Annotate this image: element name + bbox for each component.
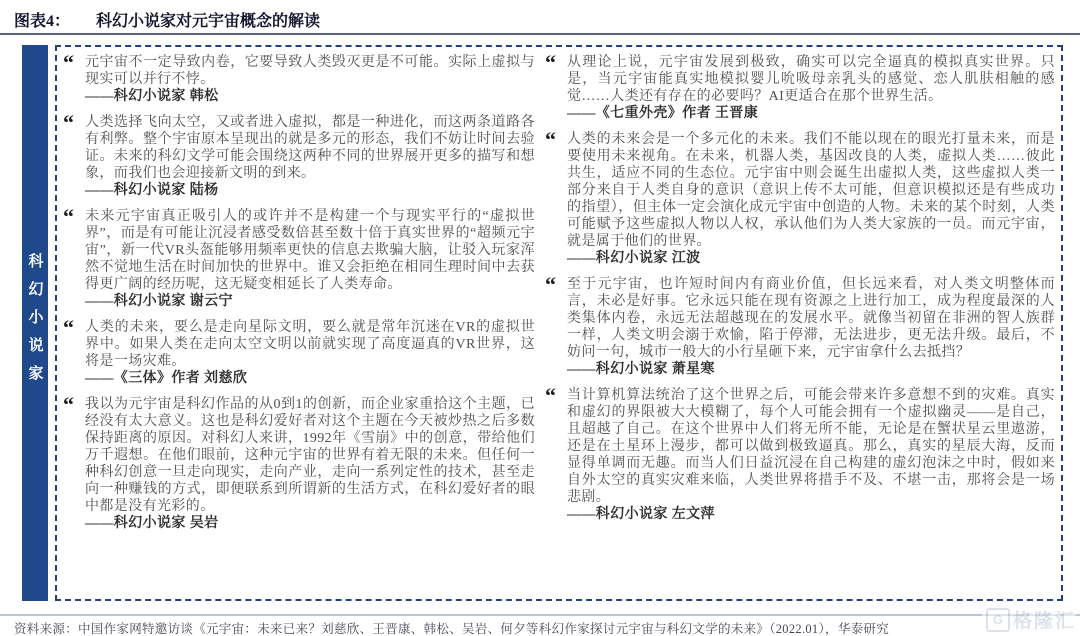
quote-text: 人类的未来，要么是走向星际文明，要么就是常年沉迷在VR的虚拟世界中。如果人类在走… <box>85 319 535 370</box>
quote-text: 元宇宙不一定导致内卷，它要导致人类毁灭更是不可能。实际上虚拟与现实可以并行不悖。 <box>85 54 535 88</box>
category-bar: 科幻小说家 <box>22 45 48 601</box>
figure-label: 图表4： <box>14 13 70 30</box>
figure-name: 科幻小说家对元宇宙概念的解读 <box>96 13 320 30</box>
quote-mark-icon: “ <box>545 54 567 122</box>
watermark-text: 格隆汇 <box>1013 606 1076 633</box>
quote-block-jiangbo: “ 人类的未来会是一个多元化的未来。我们不能以现在的眼光打量未来，而是要使用未来… <box>545 131 1055 267</box>
quote-text: 人类选择飞向太空，又或者进入虚拟，都是一种进化，而这两条道路各有利弊。整个宇宙原… <box>85 114 535 182</box>
quote-mark-icon: “ <box>63 396 85 532</box>
quote-mark-icon: “ <box>545 387 567 523</box>
footer-divider <box>0 614 1080 616</box>
quote-mark-icon: “ <box>63 319 85 387</box>
quote-attribution: ——《七重外壳》作者 王晋康 <box>567 105 1055 122</box>
watermark-logo-icon: G <box>986 608 1010 632</box>
quote-attribution: ——科幻小说家 韩松 <box>85 88 535 105</box>
quote-block-xiaoxinghan: “ 至于元宇宙，也许短时间内有商业价值，但长远来看，对人类文明整体而言，未必是好… <box>545 276 1055 378</box>
quote-attribution: ——科幻小说家 陆杨 <box>85 182 535 199</box>
quote-text: 至于元宇宙，也许短时间内有商业价值，但长远来看，对人类文明整体而言，未必是好事。… <box>567 276 1055 361</box>
quote-block-zuowenping: “ 当计算机算法统治了这个世界之后，可能会带来许多意想不到的灾难。真实和虚幻的界… <box>545 387 1055 523</box>
quote-text: 未来元宇宙真正吸引人的或许并不是构建一个与现实平行的“虚拟世界”，而是有可能让沉… <box>85 208 535 293</box>
quote-attribution: ——《三体》作者 刘慈欣 <box>85 370 535 387</box>
quote-attribution: ——科幻小说家 吴岩 <box>85 515 535 532</box>
quote-block-liucixin: “ 人类的未来，要么是走向星际文明，要么就是常年沉迷在VR的虚拟世界中。如果人类… <box>63 319 535 387</box>
quote-attribution: ——科幻小说家 谢云宁 <box>85 293 535 310</box>
quote-attribution: ——科幻小说家 左文萍 <box>567 506 1055 523</box>
quote-text: 从理论上说，元宇宙发展到极致，确实可以完全逼真的模拟真实世界。只是，当元宇宙能真… <box>567 54 1055 105</box>
quote-text: 我以为元宇宙是科幻作品的从0到1的创新，而企业家重拾这个主题，已经没有太大意义。… <box>85 396 535 515</box>
quote-block-wangjinkang: “ 从理论上说，元宇宙发展到极致，确实可以完全逼真的模拟真实世界。只是，当元宇宙… <box>545 54 1055 122</box>
quote-block-wuyan: “ 我以为元宇宙是科幻作品的从0到1的创新，而企业家重拾这个主题，已经没有太大意… <box>63 396 535 532</box>
quote-mark-icon: “ <box>545 131 567 267</box>
quote-text: 人类的未来会是一个多元化的未来。我们不能以现在的眼光打量未来，而是要使用未来视角… <box>567 131 1055 250</box>
figure-title: 图表4：科幻小说家对元宇宙概念的解读 <box>14 8 1070 31</box>
quote-block-luyang: “ 人类选择飞向太空，又或者进入虚拟，都是一种进化，而这两条道路各有利弊。整个宇… <box>63 114 535 199</box>
quote-block-xieyunning: “ 未来元宇宙真正吸引人的或许并不是构建一个与现实平行的“虚拟世界”，而是有可能… <box>63 208 535 310</box>
quote-column-left: “ 元宇宙不一定导致内卷，它要导致人类毁灭更是不可能。实际上虚拟与现实可以并行不… <box>63 54 535 595</box>
quote-box: “ 元宇宙不一定导致内卷，它要导致人类毁灭更是不可能。实际上虚拟与现实可以并行不… <box>55 45 1063 601</box>
quote-mark-icon: “ <box>545 276 567 378</box>
quote-column-right: “ 从理论上说，元宇宙发展到极致，确实可以完全逼真的模拟真实世界。只是，当元宇宙… <box>545 54 1055 595</box>
quote-attribution: ——科幻小说家 江波 <box>567 250 1055 267</box>
quote-mark-icon: “ <box>63 208 85 310</box>
source-note: 资料来源：中国作家网特邀访谈《元宇宙：未来已来？刘慈欣、王晋康、韩松、吴岩、何夕… <box>14 619 1054 636</box>
title-divider <box>0 33 1080 35</box>
quote-attribution: ——科幻小说家 萧星寒 <box>567 361 1055 378</box>
quote-text: 当计算机算法统治了这个世界之后，可能会带来许多意想不到的灾难。真实和虚幻的界限被… <box>567 387 1055 506</box>
quote-mark-icon: “ <box>63 54 85 105</box>
category-bar-label: 科幻小说家 <box>25 253 46 393</box>
quote-block-hansong: “ 元宇宙不一定导致内卷，它要导致人类毁灭更是不可能。实际上虚拟与现实可以并行不… <box>63 54 535 105</box>
gelonghui-watermark: G 格隆汇 <box>982 606 1076 633</box>
quote-mark-icon: “ <box>63 114 85 199</box>
